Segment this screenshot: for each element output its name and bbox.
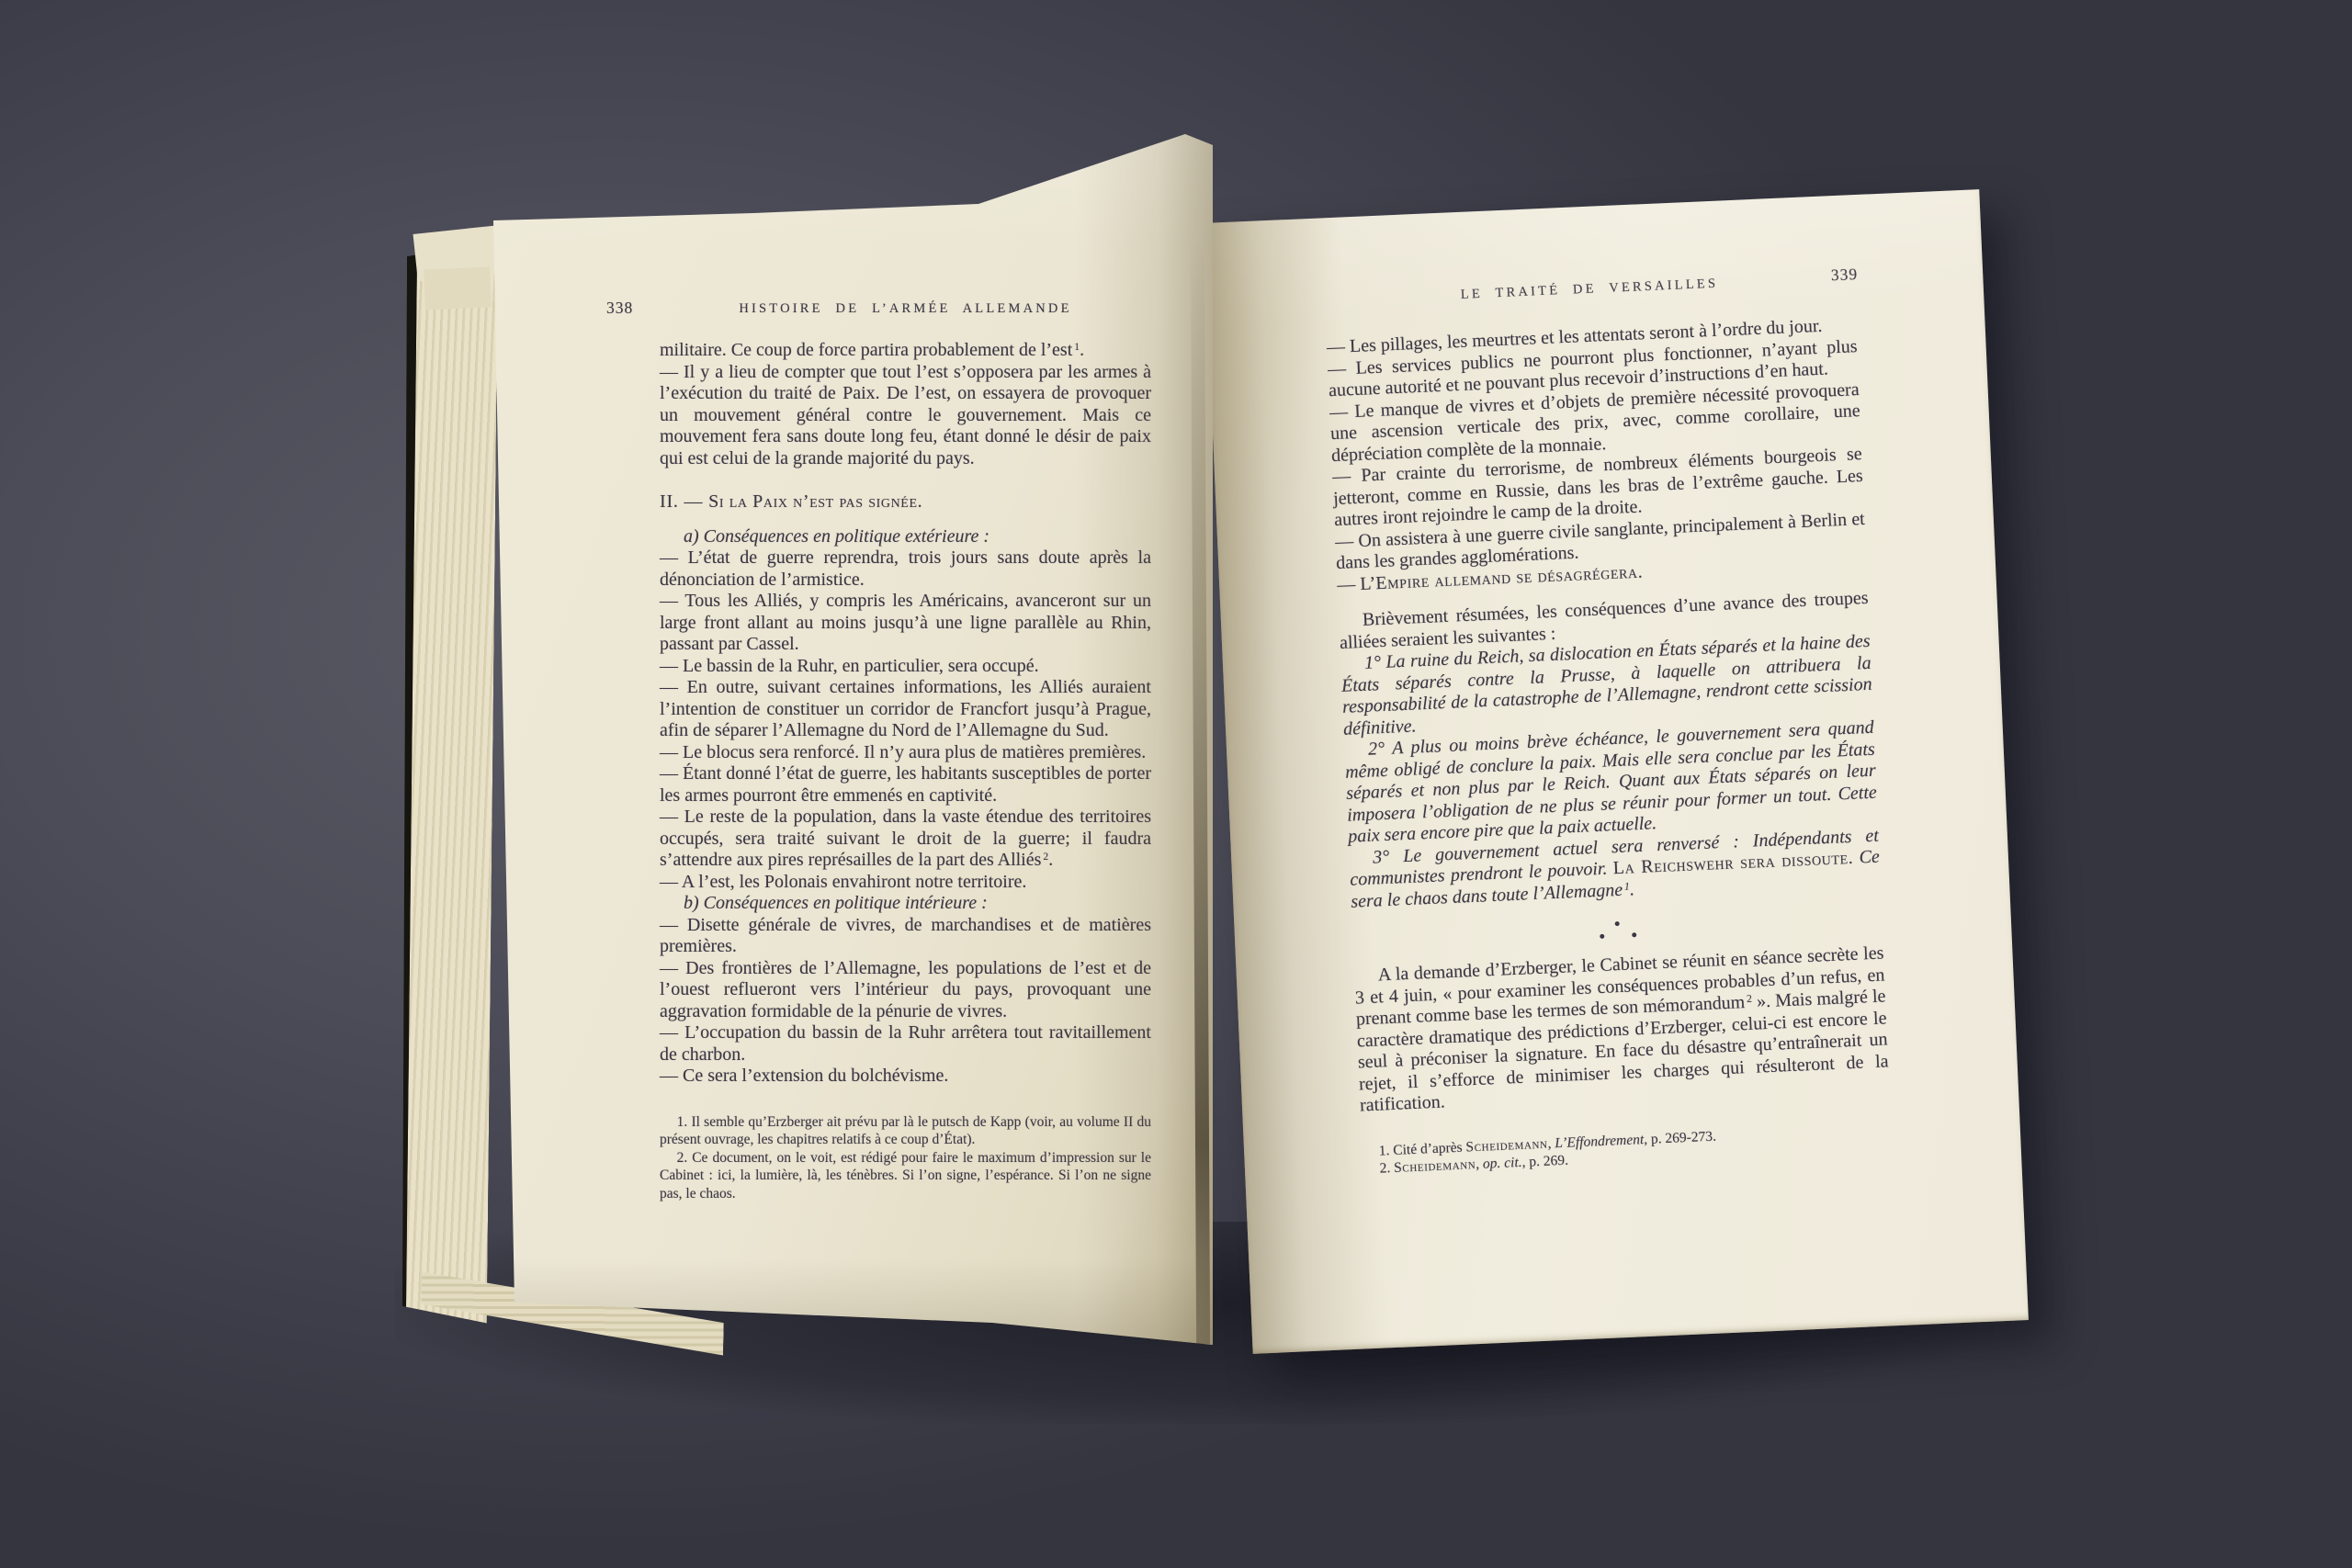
page-number-right: 339 (1830, 265, 1858, 285)
page-body-left: militaire. Ce coup de force partira prob… (660, 340, 1151, 1088)
paragraph: — L’occupation du bassin de la Ruhr arrê… (660, 1022, 1151, 1066)
ornament-dot (1615, 921, 1620, 926)
footnote: 1. Il semble qu’Erzberger ait prévu par … (660, 1113, 1151, 1149)
book-page-left: 338 HISTOIRE DE L’ARMÉE ALLEMANDE milita… (478, 129, 1213, 1350)
footnote: 2. Ce document, on le voit, est rédigé p… (660, 1149, 1151, 1203)
paragraph: — Disette générale de vivres, de marchan… (660, 915, 1151, 958)
running-title-left: HISTOIRE DE L’ARMÉE ALLEMANDE (739, 301, 1071, 316)
paragraph: b) Conséquences en politique intérieure … (660, 893, 1151, 915)
paragraph: — Ce sera l’extension du bolchévisme. (660, 1066, 1151, 1088)
paragraph: — Des frontières de l’Allemagne, les pop… (660, 958, 1151, 1023)
paragraph: militaire. Ce coup de force partira prob… (660, 340, 1151, 362)
paragraph: — Le reste de la population, dans la vas… (660, 807, 1151, 872)
text-run: 2. (1379, 1160, 1394, 1177)
paragraph: — Il y a lieu de compter que tout l’est … (660, 362, 1151, 470)
page-corner-step (424, 266, 492, 310)
text-run: II. — (660, 491, 708, 512)
text-run: , p. 269. (1521, 1153, 1568, 1170)
page-body-right: — Les pillages, les meurtres et les atte… (1327, 314, 1891, 1117)
text-run: — Ce sera l’extension du bolchévisme. (660, 1066, 948, 1086)
page-left-content: 338 HISTOIRE DE L’ARMÉE ALLEMANDE milita… (478, 129, 1213, 1202)
text-run: 1. Cité d’après (1378, 1139, 1465, 1158)
paragraph: A la demande d’Erzberger, le Cabinet se … (1353, 942, 1890, 1117)
text-run: b) Conséquences en politique intérieure … (684, 893, 988, 913)
text-run: — Le bassin de la Ruhr, en particulier, … (660, 656, 1039, 676)
text-run: . (1048, 850, 1053, 870)
paragraph: — Étant donné l’état de guerre, les habi… (660, 763, 1151, 807)
paragraph: II. — Si la Paix n’est pas signée. (660, 491, 1151, 513)
text-run: — En outre, suivant certaines informatio… (660, 677, 1151, 740)
text-run: — Des frontières de l’Allemagne, les pop… (660, 958, 1151, 1021)
text-run: Scheidemann (1465, 1135, 1548, 1155)
paragraph: — A l’est, les Polonais envahiront notre… (660, 872, 1151, 894)
text-run: — L’état de guerre reprendra, trois jour… (660, 547, 1151, 590)
text-run: — A l’est, les Polonais envahiront notre… (660, 872, 1026, 892)
page-number-left: 338 (606, 299, 633, 318)
text-run: a) Conséquences en politique extérieure … (684, 526, 989, 547)
text-run: — L’occupation du bassin de la Ruhr arrê… (660, 1022, 1151, 1065)
text-run: — L’ (1337, 573, 1376, 595)
text-run: — Tous les Alliés, y compris les América… (660, 591, 1151, 654)
text-run: militaire. Ce coup de force partira prob… (660, 340, 1072, 360)
text-run: 1. Il semble qu’Erzberger ait prévu par … (660, 1114, 1151, 1148)
text-run: — Il y a lieu de compter que tout l’est … (660, 362, 1151, 468)
text-run: Si la Paix n’est pas signée. (708, 491, 922, 512)
text-run: 2° A plus ou moins brève échéance, le go… (1345, 717, 1877, 847)
text-run: — Disette générale de vivres, de marchan… (660, 915, 1151, 957)
ornament-dot (1600, 934, 1604, 939)
running-head-left: 338 HISTOIRE DE L’ARMÉE ALLEMANDE (660, 301, 1151, 321)
paragraph: — En outre, suivant certaines informatio… (660, 677, 1151, 742)
page-edges-stack (396, 241, 498, 1324)
text-run: — Le blocus sera renforcé. Il n’y aura p… (660, 742, 1146, 762)
paragraph: — Tous les Alliés, y compris les América… (660, 591, 1151, 656)
text-run: , p. 269-273. (1644, 1128, 1716, 1146)
book-page-right: LE TRAITÉ DE VERSAILLES 339 — Les pillag… (1204, 189, 2029, 1354)
ornament-dot (1632, 932, 1636, 937)
text-run: — Le reste de la population, dans la vas… (660, 807, 1151, 870)
text-run: — Étant donné l’état de guerre, les habi… (660, 763, 1151, 806)
paragraph: a) Conséquences en politique extérieure … (660, 526, 1151, 548)
text-run: 2. Ce document, on le voit, est rédigé p… (660, 1150, 1151, 1201)
text-run: . (1629, 879, 1634, 899)
text-run: Scheidemann (1394, 1156, 1476, 1176)
text-run: op. cit. (1483, 1155, 1522, 1172)
footnotes-left: 1. Il semble qu’Erzberger ait prévu par … (660, 1113, 1151, 1203)
photo-backdrop: 338 HISTOIRE DE L’ARMÉE ALLEMANDE milita… (0, 0, 2352, 1568)
paragraph: — L’état de guerre reprendra, trois jour… (660, 547, 1151, 591)
text-run: L’Effondrement (1555, 1132, 1645, 1151)
paragraph: — Le blocus sera renforcé. Il n’y aura p… (660, 742, 1151, 764)
asterism-ornament (1352, 910, 1883, 950)
running-head-right: LE TRAITÉ DE VERSAILLES 339 (1324, 270, 1854, 313)
paragraph: — Le bassin de la Ruhr, en particulier, … (660, 656, 1151, 678)
footnotes-right: 1. Cité d’après Scheidemann, L’Effondrem… (1362, 1120, 1893, 1179)
page-right-content: LE TRAITÉ DE VERSAILLES 339 — Les pillag… (1204, 189, 2021, 1183)
text-run: . (1080, 340, 1084, 360)
running-title-right: LE TRAITÉ DE VERSAILLES (1461, 276, 1719, 302)
